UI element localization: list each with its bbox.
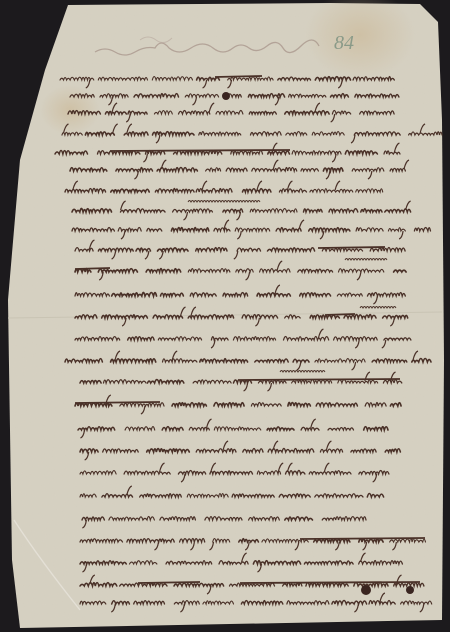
strikethrough bbox=[300, 538, 425, 539]
strikethrough bbox=[325, 314, 355, 315]
manuscript-page-svg: 84 bbox=[0, 0, 450, 632]
strikethrough bbox=[318, 247, 385, 248]
ink-blot bbox=[361, 585, 371, 595]
strikethrough bbox=[240, 582, 420, 583]
ink-blot bbox=[406, 586, 414, 594]
strikethrough bbox=[75, 268, 110, 269]
handwritten-word bbox=[323, 168, 342, 171]
ink-blot bbox=[222, 92, 230, 100]
strikethrough bbox=[75, 402, 160, 403]
strikethrough bbox=[215, 76, 262, 77]
paper-stain-top-left bbox=[40, 85, 100, 135]
manuscript-scan: 84 bbox=[0, 0, 450, 632]
strikethrough bbox=[240, 379, 400, 380]
strikethrough bbox=[110, 150, 290, 151]
folio-number: 84 bbox=[334, 32, 354, 54]
strikethrough bbox=[138, 582, 200, 583]
